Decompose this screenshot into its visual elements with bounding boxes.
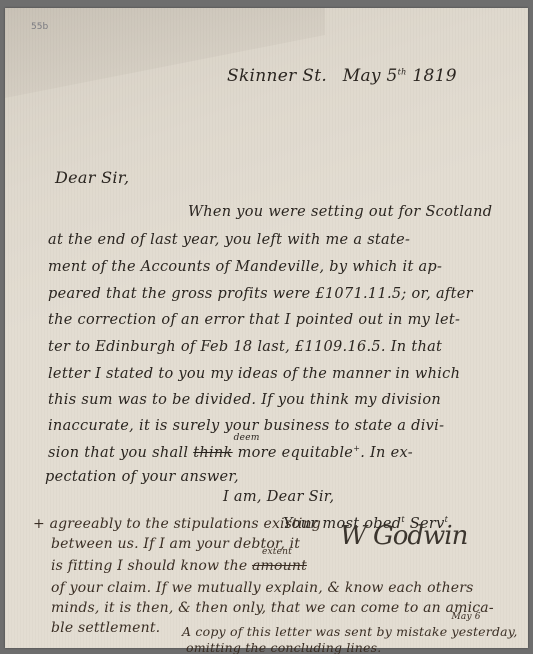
body-line-11: pectation of your answer, xyxy=(45,469,239,485)
body-line-2: at the end of last year, you left with m… xyxy=(48,232,410,248)
signature: W Godwin xyxy=(340,521,467,551)
note-line-2: omitting the concluding lines. xyxy=(186,640,381,654)
postscript-line-4: of your claim. If we mutually explain, &… xyxy=(51,580,474,596)
folio-number: 55b xyxy=(31,22,48,32)
body-line-10: sion that you shall think deem more equi… xyxy=(48,444,413,461)
inserted-word: deem xyxy=(234,433,260,443)
struck-word: think xyxy=(193,445,232,461)
postscript-line-5: minds, it is then, & then only, that we … xyxy=(51,600,494,616)
body-line-4: peared that the gross profits were £1071… xyxy=(48,286,473,302)
postscript-line-3: is fitting I should know the extent amou… xyxy=(51,558,307,574)
salutation: Dear Sir, xyxy=(55,168,129,187)
body-line-1: When you were setting out for Scotland xyxy=(188,204,492,220)
note-line-1: A copy of this letter was sent by mistak… xyxy=(182,624,518,639)
inserted-word-extent: extent xyxy=(262,547,292,557)
letter-heading: Skinner St. May 5th 1819 xyxy=(227,66,457,86)
address: Skinner St. xyxy=(227,66,327,86)
letter-page: 55b Skinner St. May 5th 1819 Dear Sir, W… xyxy=(5,8,528,648)
body-line-6: ter to Edinburgh of Feb 18 last, £1109.1… xyxy=(48,339,442,355)
body-line-8: this sum was to be divided. If you think… xyxy=(48,392,441,408)
body-line-3: ment of the Accounts of Mandeville, by w… xyxy=(48,259,442,275)
postscript-line-6: ble settlement. xyxy=(51,620,160,636)
struck-word-amount: amount xyxy=(252,558,307,574)
body-line-5: the correction of an error that I pointe… xyxy=(48,312,460,328)
body-line-9: inaccurate, it is surely your business t… xyxy=(48,418,444,434)
inserted-date: May 6 xyxy=(451,612,480,622)
closing-line-1: I am, Dear Sir, xyxy=(223,489,334,505)
date: May 5th 1819 xyxy=(343,66,457,86)
body-line-7: letter I stated to you my ideas of the m… xyxy=(48,366,460,382)
postscript-line-1: + agreeably to the stipulations existing xyxy=(33,516,321,532)
